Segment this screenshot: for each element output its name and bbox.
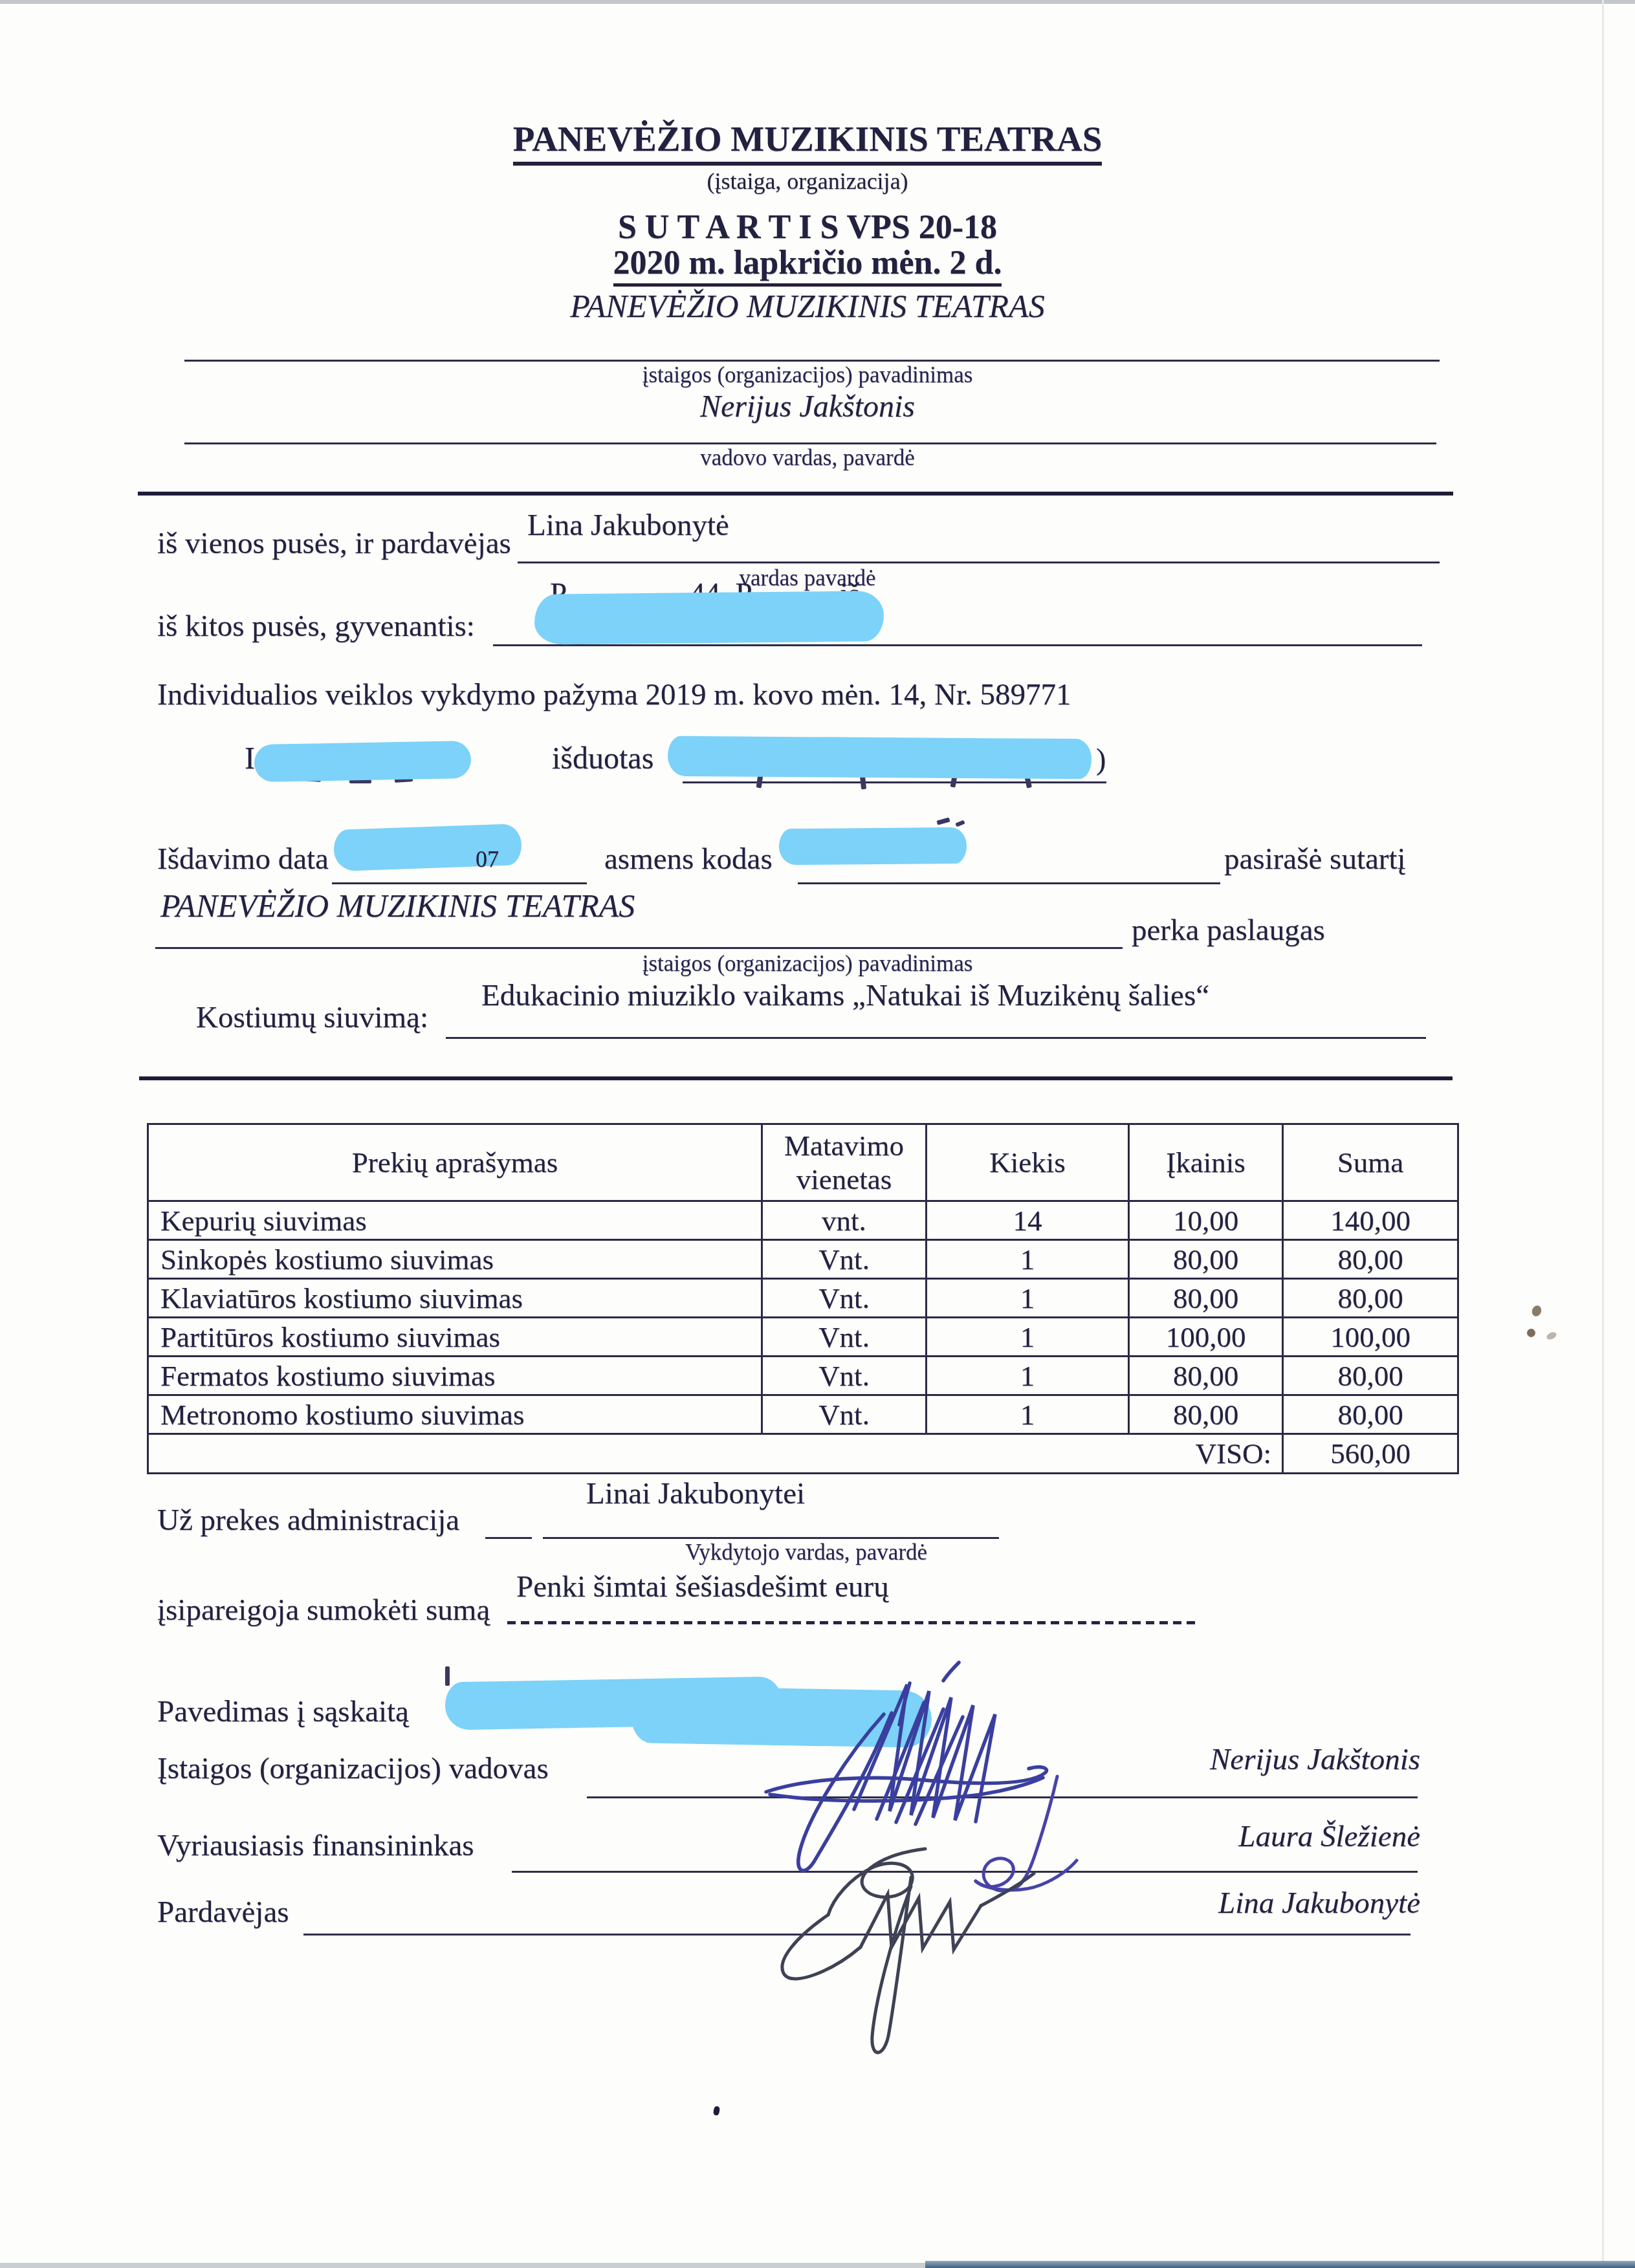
cell-unit: Vnt. xyxy=(762,1240,927,1279)
rule-org-name xyxy=(184,360,1440,362)
col-header-description: Prekių aprašymas xyxy=(148,1124,762,1201)
caption-executor: Vykdytojo vardas, pavardė xyxy=(580,1541,1033,1565)
redaction-personal-code xyxy=(779,827,967,866)
cell-rate: 100,00 xyxy=(1129,1318,1283,1357)
side-two-label: iš kitos pusės, gyvenantis: xyxy=(157,611,475,642)
cell-sum: 140,00 xyxy=(1283,1201,1458,1240)
goods-table: Prekių aprašymas Matavimo vienetas Kieki… xyxy=(147,1123,1459,1474)
total-label: VISO: xyxy=(148,1434,1283,1474)
contract-title: S U T A R T I S VPS 20-18 xyxy=(138,210,1477,246)
cell-description: Kepurių siuvimas xyxy=(148,1201,762,1240)
ink-dot xyxy=(713,2106,720,2115)
permit-line: Individualios veiklos vykdymo pažyma 201… xyxy=(157,679,1071,711)
scan-speck xyxy=(1546,1331,1558,1341)
issued-label: išduotas xyxy=(552,743,653,775)
org-name-italic: PANEVĖŽIO MUZIKINIS TEATRAS xyxy=(138,289,1477,323)
cell-description: Partitūros kostiumo siuvimas xyxy=(148,1318,762,1357)
rule-admin-short xyxy=(485,1537,532,1539)
org-caption: (įstaiga, organizacija) xyxy=(138,169,1477,194)
scan-edge-right xyxy=(1602,0,1604,2268)
personal-code-label: asmens kodas xyxy=(604,844,773,875)
rule-admin xyxy=(543,1537,999,1539)
remnant-mark xyxy=(936,818,950,825)
caption-org-name: įstaigos (organizacijos) pavadinimas xyxy=(138,364,1477,387)
col-header-unit: Matavimo vienetas xyxy=(762,1124,927,1201)
cell-rate: 80,00 xyxy=(1129,1279,1283,1318)
caption-org-name-2: įstaigos (organizacijos) pavadinimas xyxy=(138,952,1477,976)
scan-edge-top xyxy=(0,0,1635,4)
org-name-underlined: PANEVĖŽIO MUZIKINIS TEATRAS xyxy=(513,120,1103,166)
table-row: Klaviatūros kostiumo siuvimas Vnt. 1 80,… xyxy=(148,1279,1458,1318)
contract-date: 2020 m. lapkričio mėn. 2 d. xyxy=(138,246,1477,287)
director-signatory-name: Nerijus Jakštonis xyxy=(1029,1744,1420,1776)
rule-director-name xyxy=(184,442,1436,444)
amount-in-words: Penki šimtai šešiasdešimt eurų xyxy=(516,1571,889,1603)
issue-date-label: Išdavimo data xyxy=(157,844,329,875)
redaction-permit-number xyxy=(254,741,472,782)
cell-quantity: 1 xyxy=(927,1279,1129,1318)
cell-quantity: 1 xyxy=(927,1357,1129,1395)
seller-role-label: Pardavėjas xyxy=(157,1897,289,1928)
rule-issue-date xyxy=(332,882,587,884)
cell-description: Sinkopės kostiumo siuvimas xyxy=(148,1240,762,1279)
admin-label: Už prekes administracija xyxy=(157,1505,459,1536)
remnant-mark xyxy=(955,820,965,827)
table-row: Partitūros kostiumo siuvimas Vnt. 1 100,… xyxy=(148,1318,1458,1357)
col-header-quantity: Kiekis xyxy=(927,1124,1129,1201)
scan-speck xyxy=(1527,1329,1535,1337)
cell-quantity: 1 xyxy=(927,1395,1129,1434)
col-header-sum: Suma xyxy=(1283,1124,1458,1201)
cell-sum: 80,00 xyxy=(1283,1357,1458,1395)
director-role-label: Įstaigos (organizacijos) vadovas xyxy=(157,1753,549,1785)
divider-top xyxy=(138,492,1453,496)
cell-description: Klaviatūros kostiumo siuvimas xyxy=(148,1279,762,1318)
cell-sum: 100,00 xyxy=(1283,1318,1458,1357)
table-total-row: VISO: 560,00 xyxy=(148,1434,1458,1474)
table-header-row: Prekių aprašymas Matavimo vienetas Kieki… xyxy=(148,1124,1458,1201)
table-row: Sinkopės kostiumo siuvimas Vnt. 1 80,00 … xyxy=(148,1240,1458,1279)
cell-quantity: 1 xyxy=(927,1240,1129,1279)
total-value: 560,00 xyxy=(1283,1434,1458,1474)
remnant-mark xyxy=(445,1666,450,1686)
date-fragment: 07 xyxy=(476,847,499,872)
cell-sum: 80,00 xyxy=(1283,1240,1458,1279)
accountant-role-label: Vyriausiasis finansininkas xyxy=(157,1830,474,1862)
scan-edge-bottom-dark xyxy=(925,2261,1635,2268)
cell-unit: vnt. xyxy=(762,1201,927,1240)
cell-description: Metronomo kostiumo siuvimas xyxy=(148,1395,762,1434)
col-header-rate: Įkainis xyxy=(1129,1124,1283,1201)
buys-services-label: perka paslaugas xyxy=(1132,915,1325,946)
rule-personal-code xyxy=(798,882,1220,884)
payee-name: Linai Jakubonytei xyxy=(586,1478,805,1510)
seller-signature-ink xyxy=(756,1832,1047,2071)
accountant-signatory-name: Laura Šležienė xyxy=(1029,1821,1420,1853)
redaction-issuer xyxy=(668,736,1092,780)
divider-middle xyxy=(139,1076,1453,1080)
cell-unit: Vnt. xyxy=(762,1357,927,1395)
caption-director: vadovo vardas, pavardė xyxy=(138,446,1477,470)
cell-rate: 10,00 xyxy=(1129,1201,1283,1240)
buyer-org-name: PANEVĖŽIO MUZIKINIS TEATRAS xyxy=(160,889,635,923)
cell-description: Fermatos kostiumo siuvimas xyxy=(148,1357,762,1395)
service-label: Kostiumų siuvimą: xyxy=(196,1002,428,1034)
cell-quantity: 1 xyxy=(927,1318,1129,1357)
redaction-address xyxy=(534,591,884,645)
table-row: Kepurių siuvimas vnt. 14 10,00 140,00 xyxy=(148,1201,1458,1240)
director-name: Nerijus Jakštonis xyxy=(138,391,1477,423)
cell-quantity: 14 xyxy=(927,1201,1129,1240)
contract-date-underlined: 2020 m. lapkričio mėn. 2 d. xyxy=(613,246,1002,287)
cell-unit: Vnt. xyxy=(762,1395,927,1434)
table-row: Fermatos kostiumo siuvimas Vnt. 1 80,00 … xyxy=(148,1357,1458,1395)
permit-id-prefix: I xyxy=(245,743,255,775)
rule-seller-name xyxy=(518,562,1440,563)
rule-buyer-org xyxy=(155,947,1123,949)
scan-speck xyxy=(1531,1304,1543,1318)
rule-issuer xyxy=(683,781,1106,783)
issuer-fragment-paren: ) xyxy=(1096,744,1106,775)
table-row: Metronomo kostiumo siuvimas Vnt. 1 80,00… xyxy=(148,1395,1458,1434)
scanned-contract-page: PANEVĖŽIO MUZIKINIS TEATRAS (įstaiga, or… xyxy=(0,0,1635,2268)
caption-seller-name: vardas pavardė xyxy=(138,567,1477,591)
signed-contract-label: pasirašė sutartį xyxy=(1224,844,1406,875)
cell-unit: Vnt. xyxy=(762,1279,927,1318)
rule-address xyxy=(493,644,1422,646)
cell-sum: 80,00 xyxy=(1283,1279,1458,1318)
seller-signatory-name: Lina Jakubonytė xyxy=(1029,1888,1420,1919)
service-description: Edukacinio miuziklo vaikams „Natukai iš … xyxy=(481,980,1209,1012)
seller-name: Lina Jakubonytė xyxy=(527,510,729,541)
cell-rate: 80,00 xyxy=(1129,1240,1283,1279)
cell-rate: 80,00 xyxy=(1129,1357,1283,1395)
rule-service xyxy=(446,1037,1426,1039)
side-one-label: iš vienos pusės, ir pardavėjas xyxy=(157,528,511,560)
cell-unit: Vnt. xyxy=(762,1318,927,1357)
rule-amount-dashed xyxy=(507,1621,1198,1624)
page-title: PANEVĖŽIO MUZIKINIS TEATRAS xyxy=(138,120,1477,166)
obligation-label: įsipareigoja sumokėti sumą xyxy=(157,1595,490,1626)
transfer-label: Pavedimas į sąskaitą xyxy=(157,1696,409,1728)
cell-sum: 80,00 xyxy=(1283,1395,1458,1434)
cell-rate: 80,00 xyxy=(1129,1395,1283,1434)
